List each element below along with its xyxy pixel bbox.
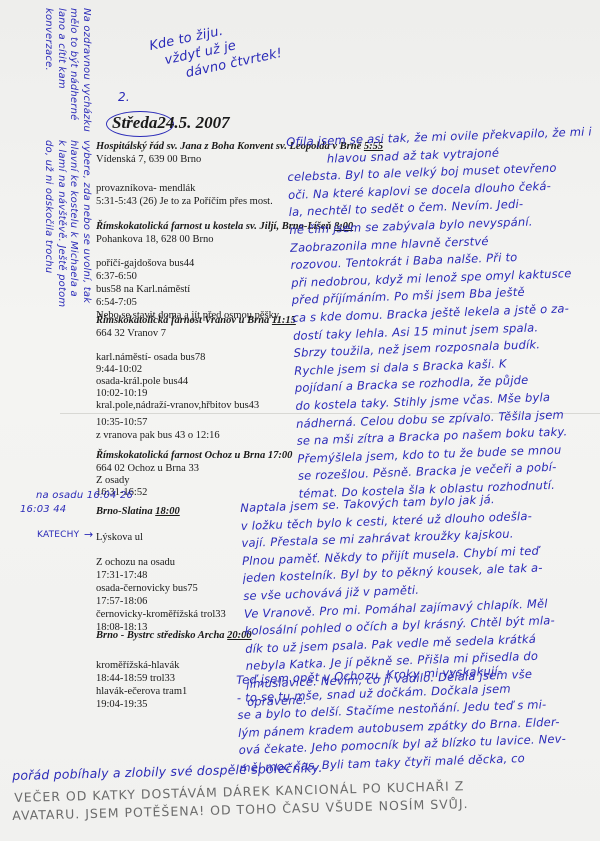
section-heading: Římskokatolická farnost Vranov u Brna 11… bbox=[96, 314, 296, 328]
side-note-line: lano a cítit kam bbox=[55, 8, 68, 132]
side-note-line: k lamí na návštěvě. Ještě potom bbox=[55, 140, 68, 307]
route-line: 18:44-18:59 trol33 bbox=[96, 672, 175, 686]
section-time: 18:00 bbox=[155, 506, 180, 517]
section-heading: Brno-Slatina 18:00 bbox=[96, 505, 180, 519]
top-note-mark: 2. bbox=[118, 90, 130, 104]
section-heading-text: Římskokatolická farnost Ochoz u Brna bbox=[96, 450, 265, 461]
page-title: Středa24.5. 2007 bbox=[112, 113, 230, 133]
section-address: Pohankova 18, 628 00 Brno bbox=[96, 233, 214, 247]
route-line: hlavák-ečerova tram1 bbox=[96, 685, 187, 699]
margin-note-katechy: KATECHY bbox=[37, 530, 79, 540]
side-note-line: Na ozdravnou vycházku bbox=[80, 8, 93, 132]
route-line: provazníkova- mendlák bbox=[96, 182, 195, 196]
section-heading-text: Brno-Slatina bbox=[96, 506, 153, 517]
margin-note-time: 16:03 44 bbox=[20, 504, 66, 515]
handwritten-diary-text: Ofila jsem se asi tak, že mi ovile překv… bbox=[286, 123, 600, 503]
route-line: 17:57-18:06 bbox=[96, 595, 147, 609]
diary-line-final: pořád pobíhaly a zlobily své dospělé spo… bbox=[12, 760, 323, 783]
margin-note-na-osadu: na osadu 16:04 26 bbox=[36, 490, 133, 501]
route-line: osada-černovicky bus75 bbox=[96, 582, 198, 596]
section-heading-text: Brno - Bystrc středisko Archa bbox=[96, 630, 225, 641]
arrow-icon: → bbox=[84, 528, 93, 541]
route-line: 17:31-17:48 bbox=[96, 569, 147, 583]
top-handwritten-note: Kde to žiju. vždyť už je dávno čtvrtek! bbox=[140, 12, 284, 90]
section-time: 17:00 bbox=[268, 450, 293, 461]
side-note-line: konverzace. bbox=[42, 8, 55, 132]
scanned-page: Na ozdravnou vycházku mělo to být nádher… bbox=[0, 0, 600, 841]
route-line: Z ochozu na osadu bbox=[96, 556, 175, 570]
side-note-line: hlavní ke kostelu k Michaela a bbox=[67, 140, 80, 307]
route-line: 6:54-7:05 bbox=[96, 296, 137, 310]
route-line: černovicky-kroměřížská trol33 bbox=[96, 608, 226, 622]
side-note-line: mělo to být nádherné bbox=[67, 8, 80, 132]
section-heading: Brno - Bystrc středisko Archa 20:00 bbox=[96, 629, 252, 643]
route-line: z vranova pak bus 43 o 12:16 bbox=[96, 429, 220, 443]
route-line: 10:35-10:57 bbox=[96, 416, 147, 430]
side-note-left-continued: vybere, zda nebo se uvolní, tak hlavní k… bbox=[42, 140, 92, 307]
side-note-left: Na ozdravnou vycházku mělo to být nádher… bbox=[42, 8, 92, 132]
route-line: 19:04-19:35 bbox=[96, 698, 147, 712]
section-heading: Římskokatolická farnost Ochoz u Brna 17:… bbox=[96, 449, 292, 463]
section-heading-text: Římskokatolická farnost Vranov u Brna bbox=[96, 315, 269, 326]
route-line: kral.pole,nádraží-vranov,hřbitov bus43 bbox=[96, 399, 259, 413]
route-line: 6:37-6:50 bbox=[96, 270, 137, 284]
route-line: bus58 na Karl.náměstí bbox=[96, 283, 190, 297]
route-line: Lýskova ul bbox=[96, 531, 143, 545]
route-line: 5:31-5:43 (26) Je to za Poříčím přes mos… bbox=[96, 195, 273, 209]
route-line: poříčí-gajdošova bus44 bbox=[96, 257, 194, 271]
section-address: Vídenská 7, 639 00 Brno bbox=[96, 153, 201, 167]
side-note-line: vybere, zda nebo se uvolní, tak bbox=[80, 140, 93, 307]
side-note-line: do, už ni odskočila trochu bbox=[42, 140, 55, 307]
title-date: 24.5. 2007 bbox=[157, 113, 229, 132]
section-address: 664 32 Vranov 7 bbox=[96, 327, 166, 341]
route-line: kroměřížská-hlavák bbox=[96, 659, 179, 673]
title-day: Středa bbox=[112, 113, 157, 132]
